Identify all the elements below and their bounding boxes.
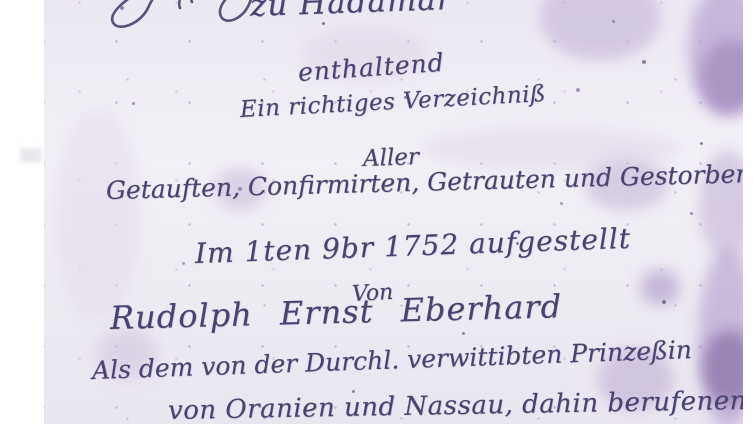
ink-stain bbox=[55, 110, 140, 320]
line-princess-text: Als dem von der Durchl. verwittibten Pri… bbox=[91, 335, 692, 385]
line-register-categories: Getauften, Confirmirten, Getrauten und G… bbox=[106, 158, 753, 205]
speck-dot bbox=[700, 142, 703, 145]
speck-dot bbox=[642, 60, 646, 64]
speck-dot bbox=[182, 262, 185, 265]
line-author-name-text: Rudolph Ernst Eberhard bbox=[110, 287, 563, 337]
manuscript-page: zu Hadamar enthaltend Ein richtiges Verz… bbox=[0, 0, 753, 424]
line-date-1752-text: Im 1ten 9br 1752 aufgestellt bbox=[194, 222, 631, 270]
line-oranien-nassau: von Oranien und Nassau, dahin berufenen bbox=[168, 386, 747, 424]
speck-dot bbox=[560, 202, 563, 205]
line-register-categories-text: Getauften, Confirmirten, Getrauten und G… bbox=[106, 158, 753, 205]
line-enthaltend-text: enthaltend bbox=[297, 48, 446, 87]
speck-dot bbox=[322, 22, 325, 25]
speck-dot bbox=[662, 300, 666, 304]
line-verzeichnis: Ein richtiges Verzeichniß bbox=[239, 81, 546, 123]
scan-margin-right bbox=[743, 0, 753, 424]
line-zu-hadamar-text: zu Hadamar bbox=[249, 0, 453, 24]
line-enthaltend: enthaltend bbox=[297, 48, 446, 87]
line-author-name: Rudolph Ernst Eberhard bbox=[110, 287, 563, 337]
line-zu-hadamar: zu Hadamar bbox=[249, 0, 453, 24]
speck-dot bbox=[120, 6, 124, 10]
speck-dot bbox=[462, 332, 465, 335]
speck-dot bbox=[612, 20, 615, 23]
ink-stain bbox=[540, 0, 660, 60]
line-oranien-nassau-text: von Oranien und Nassau, dahin berufenen bbox=[168, 386, 747, 424]
speck-dot bbox=[576, 88, 580, 92]
line-princess: Als dem von der Durchl. verwittibten Pri… bbox=[91, 335, 692, 385]
ink-stain bbox=[640, 270, 680, 305]
speck-dot bbox=[132, 102, 135, 105]
line-verzeichnis-text: Ein richtiges Verzeichniß bbox=[239, 81, 546, 123]
scanned-document: zu Hadamar enthaltend Ein richtiges Verz… bbox=[0, 0, 753, 424]
speck-dot bbox=[690, 212, 693, 215]
scan-edge-artifact bbox=[20, 148, 42, 162]
scan-margin-left bbox=[0, 0, 44, 424]
line-date-1752: Im 1ten 9br 1752 aufgestellt bbox=[194, 222, 631, 270]
